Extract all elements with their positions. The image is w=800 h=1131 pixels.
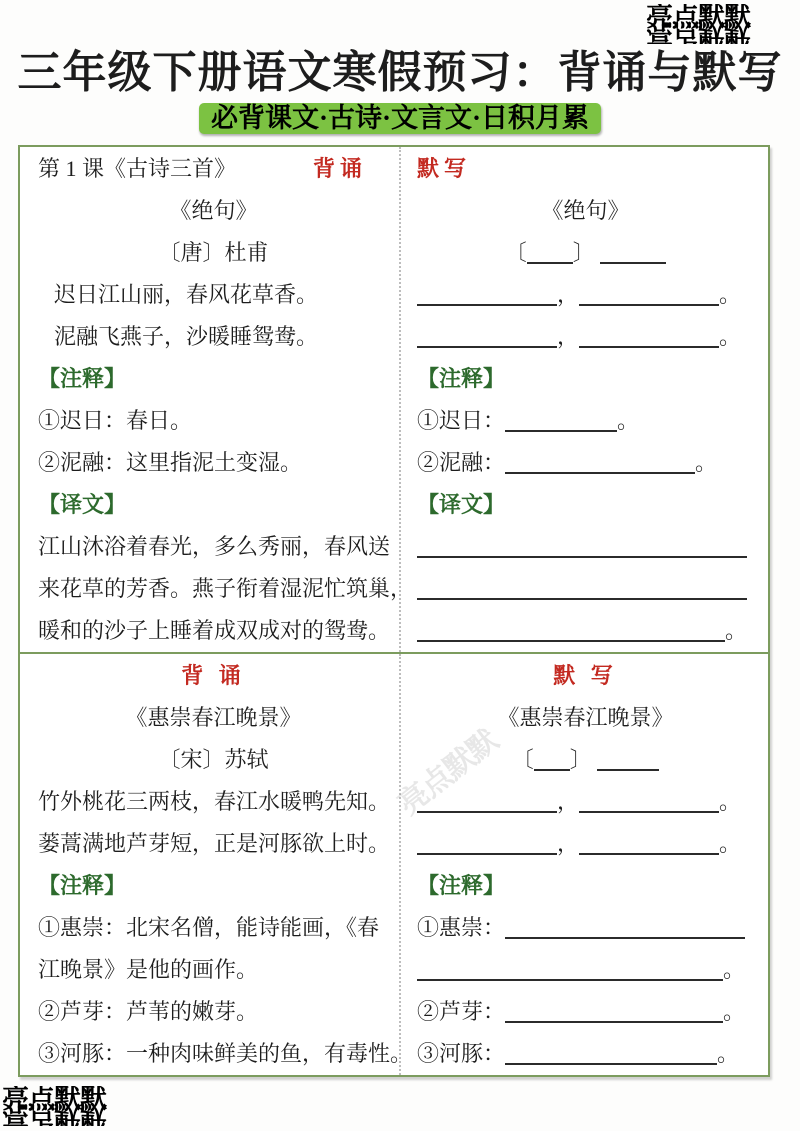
note-blank-line: ③河豚：。 [417, 1033, 754, 1075]
verse-line: 泥融飞燕子，沙暖睡鸳鸯。 [38, 316, 389, 358]
notes-header: 【注释】 [417, 865, 754, 907]
worksheet-page: 亮点默默 亮点默默 三年级下册语文寒假预习：背诵与默写 必背课文·古诗·文言文·… [0, 0, 800, 1131]
period: 。 [617, 408, 639, 433]
note-blank-line: ①迟日：。 [417, 400, 754, 442]
translation-line: 暖和的沙子上睡着成双成对的鸳鸯。 [38, 610, 389, 652]
blank-line [579, 320, 719, 348]
period: 。 [719, 831, 741, 856]
note-label: ②芦芽： [417, 999, 505, 1024]
table-row-lesson1-poem2: 背 诵 《惠崇春江晚景》 〔宋〕苏轼 竹外桃花三两枝，春江水暖鸭先知。 蒌蒿满地… [20, 652, 768, 1075]
blank-line [597, 743, 659, 771]
banner: 必背课文·古诗·文言文·日积月累 [199, 103, 601, 134]
period: 。 [725, 618, 747, 643]
blank-line [417, 614, 725, 642]
translation-line: 来花草的芳香。燕子衔着湿泥忙筑巢， [38, 568, 389, 610]
note-line: ②芦芽：芦苇的嫩芽。 [38, 991, 389, 1033]
blank-line [417, 530, 747, 558]
verse-blank-line: ，。 [417, 823, 754, 865]
note-label: ②泥融： [417, 450, 505, 475]
dictation-tag: 默写 [417, 156, 471, 181]
notes-header: 【注释】 [38, 358, 389, 400]
lesson-header-line: 第 1 课《古诗三首》 背诵 [38, 148, 389, 190]
note-line: ①惠崇：北宋名僧，能诗能画，《春 [38, 907, 389, 949]
poem-author: 〔宋〕苏轼 [38, 739, 389, 781]
watermark-logo-reflection: 亮点默默 [2, 1101, 106, 1126]
blank-line [505, 911, 745, 939]
note-line: ②泥融：这里指泥土变湿。 [38, 442, 389, 484]
lesson-label: 第 1 课《古诗三首》 [38, 148, 236, 190]
note-blank-line: ②芦芽：。 [417, 991, 754, 1033]
note-line: 江晚景》是他的画作。 [38, 949, 389, 991]
bracket-close: 〕 [573, 240, 595, 265]
period: 。 [723, 957, 745, 982]
poem-title: 《惠崇春江晚景》 [38, 697, 389, 739]
comma: ， [557, 324, 579, 349]
note-line: ③河豚：一种肉味鲜美的鱼，有毒性。 [38, 1033, 389, 1075]
note-label: ①惠崇： [417, 915, 505, 940]
verse-blank-line: ，。 [417, 316, 754, 358]
period: 。 [719, 789, 741, 814]
recite-tag: 背 诵 [38, 655, 389, 697]
blank-line [600, 236, 666, 264]
verse-blank-line: ，。 [417, 781, 754, 823]
dictation-cell-lesson1: 默写 《绝句》 〔〕 ，。 ，。 【注释】 ①迟日：。 ②泥融：。 [401, 147, 768, 652]
blank-line [417, 278, 557, 306]
blank-line [579, 785, 719, 813]
author-blank-line: 〔〕 [417, 232, 754, 274]
period: 。 [695, 450, 717, 475]
comma: ， [557, 831, 579, 856]
watermark-logo-bottom-left: 亮点默默 亮点默默 [2, 1086, 114, 1126]
comma: ， [557, 789, 579, 814]
verse-line: 蒌蒿满地芦芽短，正是河豚欲上时。 [38, 823, 389, 865]
recite-cell-poem2: 背 诵 《惠崇春江晚景》 〔宋〕苏轼 竹外桃花三两枝，春江水暖鸭先知。 蒌蒿满地… [20, 654, 401, 1075]
verse-blank-line: ，。 [417, 274, 754, 316]
blank-line [579, 278, 719, 306]
bracket-open: 〔 [505, 240, 527, 265]
translation-header: 【译文】 [417, 484, 754, 526]
note-blank-line: ②泥融：。 [417, 442, 754, 484]
blank-line [505, 404, 617, 432]
dictation-cell-poem2: 默 写 《惠崇春江晚景》 〔〕 ，。 ，。 【注释】 ①惠崇： 。 [401, 654, 768, 1075]
recite-cell-lesson1: 第 1 课《古诗三首》 背诵 《绝句》 〔唐〕杜甫 迟日江山丽，春风花草香。 泥… [20, 147, 401, 652]
blank-line [505, 446, 695, 474]
dictation-tag: 默 写 [417, 655, 754, 697]
table-row-lesson1: 第 1 课《古诗三首》 背诵 《绝句》 〔唐〕杜甫 迟日江山丽，春风花草香。 泥… [20, 147, 768, 652]
blank-line [505, 995, 723, 1023]
poem-author: 〔唐〕杜甫 [38, 232, 389, 274]
verse-line: 竹外桃花三两枝，春江水暖鸭先知。 [38, 781, 389, 823]
translation-blank-line: 。 [417, 610, 754, 652]
translation-line: 江山沐浴着春光，多么秀丽，春风送 [38, 526, 389, 568]
bracket-open: 〔 [512, 747, 534, 772]
translation-blank-line [417, 568, 754, 610]
note-line: ①迟日：春日。 [38, 400, 389, 442]
blank-line [417, 572, 747, 600]
verse-line: 迟日江山丽，春风花草香。 [38, 274, 389, 316]
blank-line [417, 320, 557, 348]
recite-tag: 背诵 [313, 148, 367, 190]
note-label: ③河豚： [417, 1041, 505, 1066]
blank-line [527, 236, 573, 264]
notes-header: 【注释】 [38, 865, 389, 907]
period: 。 [719, 282, 741, 307]
translation-blank-line [417, 526, 754, 568]
blank-line [579, 827, 719, 855]
comma: ， [557, 282, 579, 307]
poem-title: 《绝句》 [417, 190, 754, 232]
note-blank-continuation: 。 [417, 949, 754, 991]
poem-title: 《绝句》 [38, 190, 389, 232]
period: 。 [717, 1041, 739, 1066]
note-label: ①迟日： [417, 408, 505, 433]
bracket-close: 〕 [570, 747, 592, 772]
period: 。 [723, 999, 745, 1024]
blank-line [417, 827, 557, 855]
worksheet-table: 第 1 课《古诗三首》 背诵 《绝句》 〔唐〕杜甫 迟日江山丽，春风花草香。 泥… [18, 145, 770, 1077]
blank-line [505, 1037, 717, 1065]
notes-header: 【注释】 [417, 358, 754, 400]
period: 。 [719, 324, 741, 349]
page-title: 三年级下册语文寒假预习：背诵与默写 [0, 36, 800, 100]
dictation-header-line: 默写 [417, 148, 754, 190]
blank-line [534, 743, 570, 771]
translation-header: 【译文】 [38, 484, 389, 526]
blank-line [417, 953, 723, 981]
note-blank-line: ①惠崇： [417, 907, 754, 949]
